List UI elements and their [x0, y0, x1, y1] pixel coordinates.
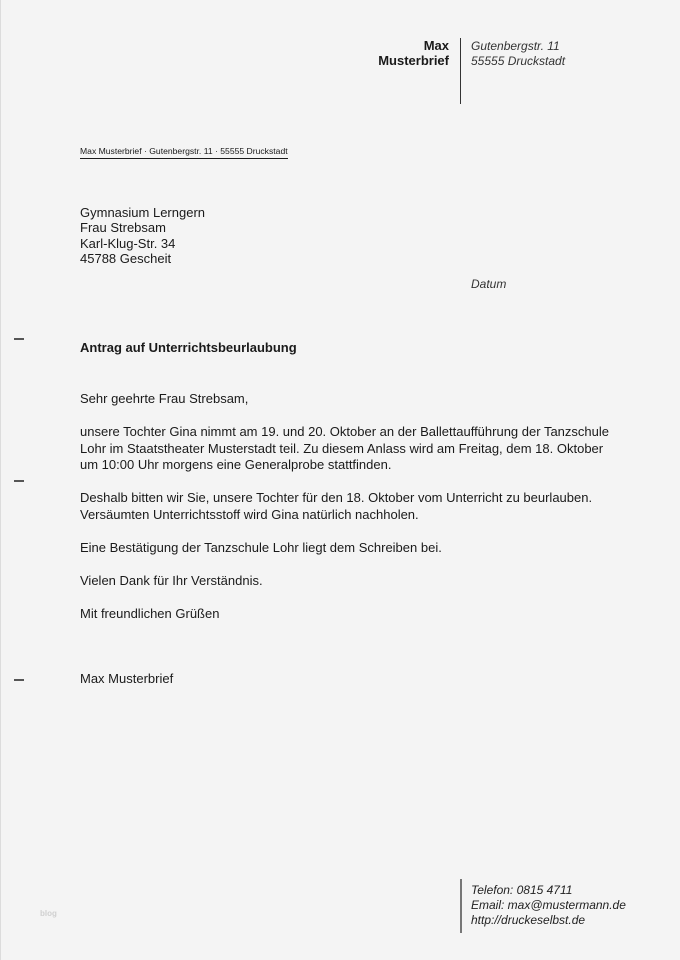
sender-last-name: Musterbrief	[378, 53, 449, 68]
sender-name: Max Musterbrief	[378, 38, 449, 68]
closing: Mit freundlichen Grüßen	[80, 606, 620, 623]
sender-city: 55555 Druckstadt	[471, 54, 565, 69]
date-field: Datum	[471, 277, 506, 291]
return-address: Max Musterbrief · Gutenbergstr. 11 · 555…	[80, 146, 288, 159]
recipient-line: Karl-Klug-Str. 34	[80, 236, 205, 251]
recipient-address: Gymnasium Lerngern Frau Strebsam Karl-Kl…	[80, 205, 205, 266]
body-paragraph: Deshalb bitten wir Sie, unsere Tochter f…	[80, 490, 620, 523]
letter-body: Sehr geehrte Frau Strebsam, unsere Tocht…	[80, 391, 620, 639]
footer-phone: Telefon: 0815 4711	[471, 883, 626, 898]
footer-divider	[460, 879, 462, 933]
page-edge	[0, 0, 1, 960]
recipient-line: 45788 Gescheit	[80, 251, 205, 266]
salutation: Sehr geehrte Frau Strebsam,	[80, 391, 620, 408]
body-paragraph: unsere Tochter Gina nimmt am 19. und 20.…	[80, 424, 620, 474]
recipient-line: Gymnasium Lerngern	[80, 205, 205, 220]
punch-mark	[14, 480, 24, 482]
fold-mark-top	[14, 338, 24, 340]
footer-email: Email: max@mustermann.de	[471, 898, 626, 913]
sender-first-name: Max	[378, 38, 449, 53]
body-paragraph: Eine Bestätigung der Tanzschule Lohr lie…	[80, 540, 620, 557]
subject-line: Antrag auf Unterrichtsbeurlaubung	[80, 340, 297, 355]
footer-contact: Telefon: 0815 4711 Email: max@mustermann…	[471, 883, 626, 928]
sender-address: Gutenbergstr. 11 55555 Druckstadt	[471, 39, 565, 69]
sender-street: Gutenbergstr. 11	[471, 39, 565, 54]
fold-mark-bottom	[14, 679, 24, 681]
signature: Max Musterbrief	[80, 671, 173, 686]
recipient-line: Frau Strebsam	[80, 220, 205, 235]
footer-website: http://druckeselbst.de	[471, 913, 626, 928]
watermark: blog	[40, 909, 57, 918]
body-paragraph: Vielen Dank für Ihr Verständnis.	[80, 573, 620, 590]
header-divider	[460, 38, 461, 104]
